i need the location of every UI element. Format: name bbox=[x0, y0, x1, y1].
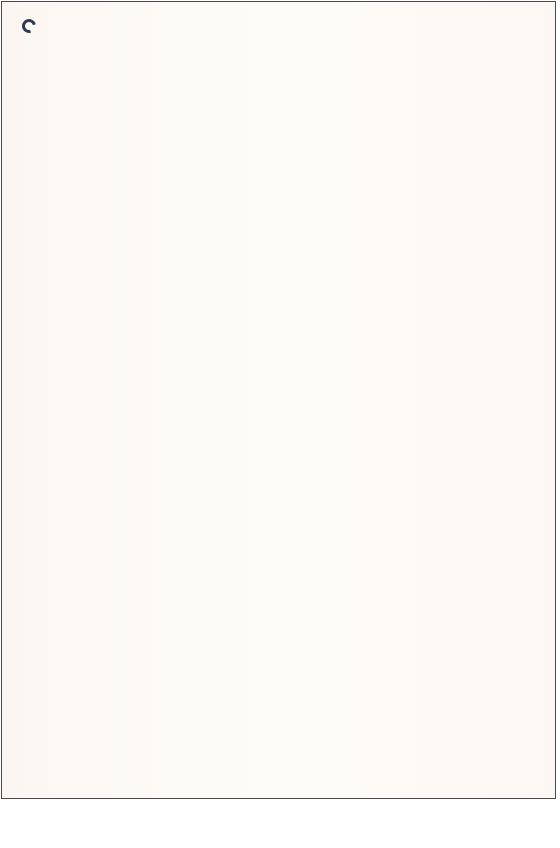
company-logo-icon bbox=[19, 16, 38, 35]
scanned-contract-page bbox=[1, 1, 556, 799]
company-letterhead bbox=[22, 19, 39, 33]
